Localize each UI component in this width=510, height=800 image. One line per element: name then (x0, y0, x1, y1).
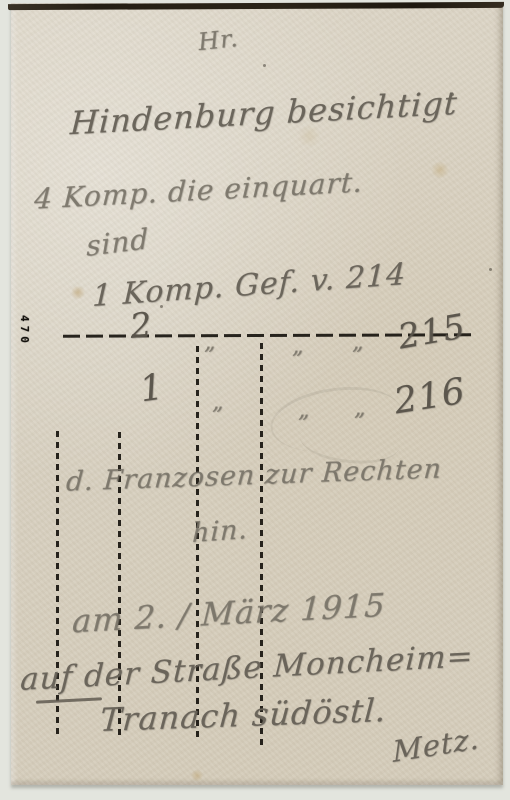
paper-stain (70, 286, 86, 299)
control-number: 470 (18, 315, 31, 347)
paper-stain (430, 162, 450, 178)
handwritten-heading: Hr. (197, 24, 240, 56)
tally-count-215: 2 (128, 305, 154, 347)
scanned-postcard-back: 470 Hr. Hindenburg besichtigt 4 Komp. di… (0, 0, 510, 800)
handwritten-line-hin: hin. (192, 514, 249, 549)
ditto-mark: „ (204, 330, 216, 355)
paper-stain (190, 770, 204, 781)
ditto-mark: „ (298, 398, 310, 423)
paper-speck (489, 268, 492, 271)
ditto-mark: „ (212, 390, 224, 415)
paper-speck (263, 64, 266, 67)
ditto-mark: „ (292, 334, 304, 359)
ditto-mark: „ (352, 330, 364, 355)
ditto-mark: „ (354, 396, 366, 421)
